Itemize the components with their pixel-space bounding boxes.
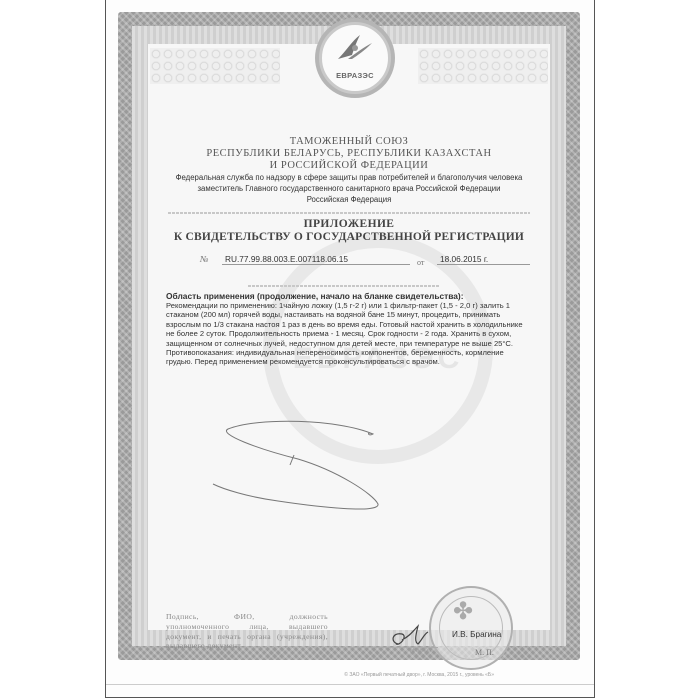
union-title-line-3: И РОССИЙСКОЙ ФЕДЕРАЦИИ: [148, 160, 550, 172]
fine-print-line: [168, 212, 530, 214]
certificate-content: ЕВРАЗЭС ТАМОЖЕННЫЙ СОЮЗ РЕСПУБЛИКИ БЕЛАР…: [148, 44, 550, 630]
guilloche-pattern-left: [150, 48, 280, 84]
application-scope: Область применения (продолжение, начало …: [166, 291, 532, 367]
issuer-header: ТАМОЖЕННЫЙ СОЮЗ РЕСПУБЛИКИ БЕЛАРУСЬ, РЕС…: [148, 136, 550, 205]
guilloche-pattern-right: [418, 48, 548, 84]
section-title: Область применения (продолжение, начало …: [166, 291, 532, 301]
signature-instruction: Подпись, ФИО, должность уполномоченного …: [166, 612, 328, 651]
registration-row: № RU.77.99.88.003.Е.007118.06.15 от 18.0…: [200, 254, 530, 268]
registration-date: 18.06.2015 г.: [437, 254, 530, 265]
handwritten-signature: [198, 409, 398, 519]
from-label: от: [417, 258, 424, 267]
certificate-page: ЕВРАЗЭС ТАМОЖЕННЫЙ СОЮЗ РЕСПУБЛИКИ БЕЛАР…: [105, 0, 595, 698]
signer-signature: [388, 622, 448, 652]
union-title-line-1: ТАМОЖЕННЫЙ СОЮЗ: [148, 136, 550, 148]
agency-line-3: Российская Федерация: [148, 195, 550, 205]
coat-of-arms-icon: ✤: [453, 600, 473, 624]
decorative-border: ЕВРАЗЭС ТАМОЖЕННЫЙ СОЮЗ РЕСПУБЛИКИ БЕЛАР…: [118, 12, 580, 660]
title-line-2: К СВИДЕТЕЛЬСТВУ О ГОСУДАРСТВЕННОЙ РЕГИСТ…: [148, 231, 550, 244]
agency-line-2: заместитель Главного государственного са…: [148, 184, 550, 194]
union-title-line-2: РЕСПУБЛИКИ БЕЛАРУСЬ, РЕСПУБЛИКИ КАЗАХСТА…: [148, 148, 550, 160]
document-title: ПРИЛОЖЕНИЕ К СВИДЕТЕЛЬСТВУ О ГОСУДАРСТВЕ…: [148, 218, 550, 244]
section-text: Рекомендации по применению: 1чайную ложк…: [166, 301, 532, 367]
registration-number: RU.77.99.88.003.Е.007118.06.15: [222, 254, 410, 265]
emblem-label: ЕВРАЗЭС: [336, 71, 374, 80]
footer-rule: [106, 684, 594, 685]
printer-imprint: © ЗАО «Первый печатный двор», г. Москва,…: [344, 672, 494, 678]
title-line-1: ПРИЛОЖЕНИЕ: [148, 218, 550, 231]
signer-name: И.В. Брагина: [452, 630, 501, 639]
number-label: №: [200, 254, 209, 264]
stamp-code: М. П.: [475, 648, 494, 657]
fine-print-line: [248, 285, 440, 287]
eurasec-emblem-icon: [334, 33, 374, 63]
agency-line-1: Федеральная служба по надзору в сфере за…: [148, 173, 550, 183]
eurasec-emblem: ЕВРАЗЭС: [319, 22, 391, 94]
